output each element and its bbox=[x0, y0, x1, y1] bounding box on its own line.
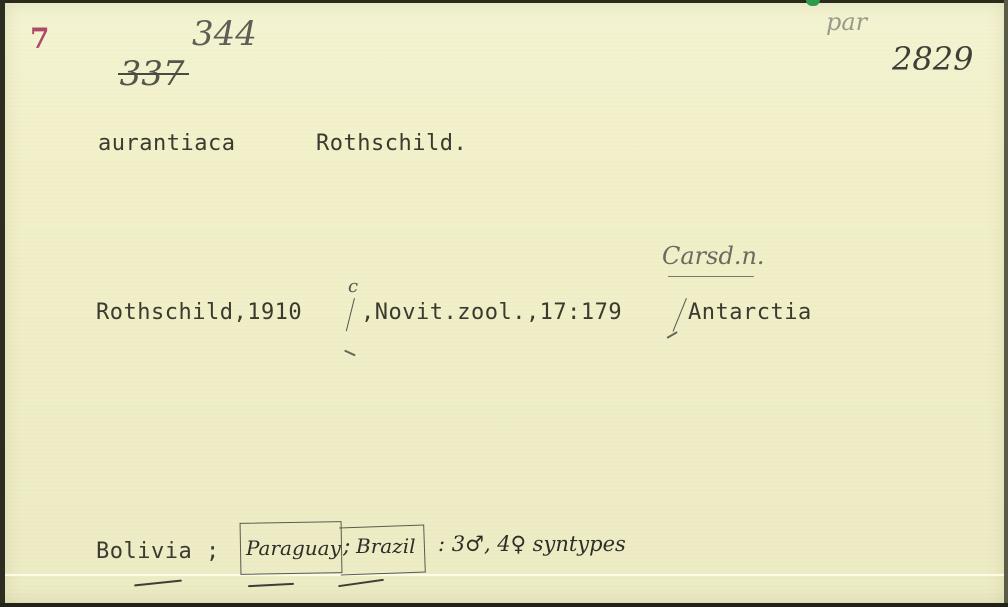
drawer-number-stamp: 7 bbox=[30, 22, 49, 55]
card-edge-top bbox=[0, 0, 1008, 3]
citation-publication: ,Novit.zool.,17:179 bbox=[361, 300, 622, 325]
correction-underline bbox=[668, 276, 754, 277]
catalog-number: 2829 bbox=[892, 40, 973, 78]
locality-typed: Bolivia ; bbox=[96, 539, 220, 564]
locality-paraguay: Paraguay bbox=[246, 536, 341, 560]
citation-genus: Antarctia bbox=[688, 300, 812, 325]
par-annotation: par bbox=[826, 8, 867, 36]
taxon-author: Rothschild. bbox=[316, 131, 467, 156]
card-crease-line bbox=[5, 574, 1004, 576]
old-number-struck: 337 bbox=[98, 14, 185, 94]
locality-separator: ; bbox=[343, 534, 350, 559]
new-number: 344 bbox=[192, 14, 257, 54]
type-specimen-note: : 3♂, 4♀ syntypes bbox=[438, 532, 626, 556]
locality-brazil: Brazil bbox=[356, 534, 416, 558]
card-edge-bottom bbox=[0, 603, 1008, 607]
citation-author-year: Rothschild,1910 bbox=[96, 300, 302, 325]
taxon-species: aurantiaca bbox=[98, 131, 235, 156]
card-edge-right bbox=[1004, 0, 1008, 607]
genus-correction: Carsd.n. bbox=[662, 242, 765, 270]
card-edge-left bbox=[0, 0, 5, 607]
citation-insert-c: c bbox=[348, 276, 358, 297]
